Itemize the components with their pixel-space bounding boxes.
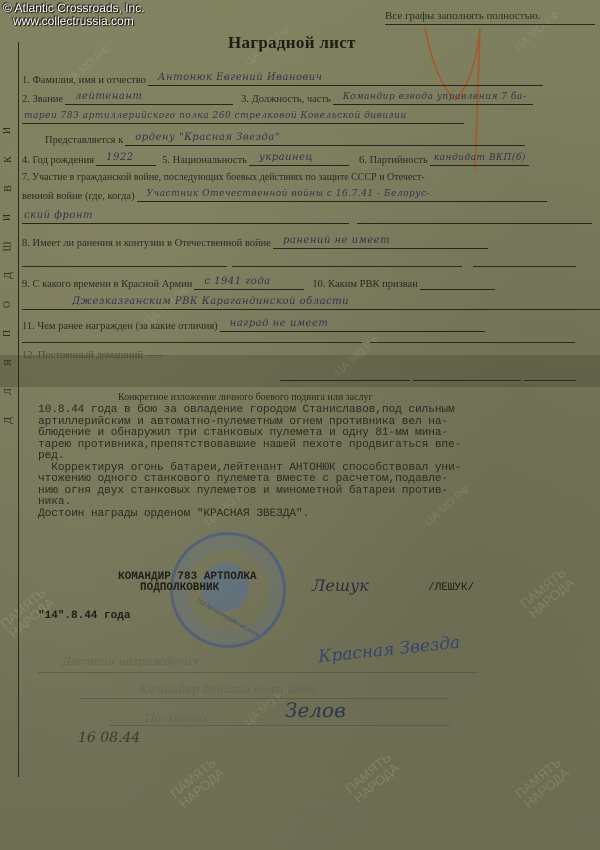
field-row-full-name: 1. Фамилия, имя и отчество Антонюк Евген…	[22, 72, 543, 86]
field-row-army-since-rvk: 9. С какого времени в Красной Армии с 19…	[22, 276, 495, 290]
position-value-cont: тареи 783 артиллерийского полка 260 стре…	[22, 110, 464, 124]
field-row-war-participation-cont2: ский фронт	[22, 210, 592, 224]
blank-line	[473, 266, 576, 267]
watermark-pamyat-naroda: ПАМЯТЬНАРОДА	[168, 755, 227, 810]
document-page: ЦА МО РФ ЦА МО РФ ЦА МО РФ ЦА МО РФ ЦА М…	[0, 0, 600, 850]
presented-for-value: ордену "Красная Звезда"	[125, 132, 525, 146]
field-row-presented-for: Представляется к ордену "Красная Звезда"	[45, 132, 525, 146]
rank-value: лейтенант	[65, 91, 233, 105]
field-row-rank-position: 2. Звание лейтенант 3. Должность, часть …	[22, 91, 533, 105]
faded-line	[38, 672, 478, 673]
signature-date: "14".8.44 года	[38, 610, 130, 622]
field-row-birth-nationality-party: 4. Год рождения 1922 5. Национальность у…	[22, 152, 529, 166]
nationality-value: украинец	[249, 152, 349, 166]
army-since-value: с 1941 года	[194, 276, 304, 290]
field-row-previous-awards: 11. Чем ранее награжден (за какие отличи…	[22, 318, 485, 332]
document-title: Наградной лист	[228, 33, 356, 53]
margin-rule	[18, 42, 19, 777]
birth-year-value: 1922	[96, 152, 156, 166]
handwritten-signature: Зелов	[285, 698, 346, 722]
wounds-value: ранений не имеет	[273, 235, 488, 249]
party-value: кандидат ВКП(б)	[430, 152, 529, 166]
war-participation-value: Участник Отечественной войны с 16.7.41 -…	[137, 188, 547, 202]
field-row-wounds: 8. Имеет ли ранения и контузии в Отечест…	[22, 235, 488, 249]
faded-date: 16 08.44	[78, 730, 140, 746]
blank-line	[22, 342, 362, 343]
copyright-notice: © Atlantic Crossroads, Inc. www.collectr…	[3, 2, 145, 28]
faded-resolution-text: Полковник	[145, 712, 209, 725]
rvk-value: Джезказганским РВК Карагандинской област…	[22, 296, 600, 310]
blank-line	[22, 266, 227, 267]
war-participation-value-cont: ский фронт	[22, 210, 349, 224]
field-row-war-participation-cont: венной войне (где, когда) Участник Отече…	[22, 188, 547, 202]
field-row-rvk-cont: Джезказганским РВК Карагандинской област…	[22, 296, 600, 310]
faded-resolution-text: Достоин награждения	[62, 655, 199, 668]
handwritten-award-note: Красная Звезда	[317, 633, 461, 668]
field-row-war-participation: 7. Участие в гражданской войне, последую…	[22, 172, 427, 183]
blank-line	[413, 380, 521, 381]
faded-line	[110, 725, 450, 726]
narrative-text: 10.8.44 года в бою за овладение городом …	[38, 405, 600, 520]
blank-line	[524, 380, 576, 381]
previous-awards-value: наград не имеет	[220, 318, 485, 332]
narrative-section-title: Конкретное изложение личного боевого под…	[118, 392, 373, 403]
watermark-pamyat-naroda: ПАМЯТЬНАРОДА	[518, 565, 577, 620]
field-row-position-cont: тареи 783 артиллерийского полка 260 стре…	[22, 110, 464, 124]
blank-line	[232, 266, 462, 267]
faded-line	[80, 698, 450, 699]
commander-title: КОМАНДИР 783 АРТПОЛКА ПОДПОЛКОВНИК	[118, 572, 257, 594]
watermark-pamyat-naroda: ПАМЯТЬНАРОДА	[343, 750, 402, 805]
position-value: Командир взвода управления 7 ба-	[333, 91, 533, 105]
field-row-home-address: 12. Постоянный домашний -----	[22, 350, 165, 361]
margin-cut-text: И К В И Ш Д О П Я Л Д	[0, 125, 16, 426]
header-instruction: Все графы заполнять полностью.	[385, 10, 595, 25]
watermark-pamyat-naroda: ПАМЯТЬНАРОДА	[513, 755, 572, 810]
blank-line	[280, 380, 410, 381]
commander-name: /ЛЕШУК/	[428, 582, 474, 594]
faded-resolution-text: Командир дивизии полковник	[140, 683, 315, 696]
commander-signature: Лешук	[312, 576, 369, 595]
blank-line	[370, 342, 575, 343]
full-name-value: Антонюк Евгений Иванович	[148, 72, 543, 86]
copyright-url[interactable]: www.collectrussia.com	[3, 15, 145, 28]
